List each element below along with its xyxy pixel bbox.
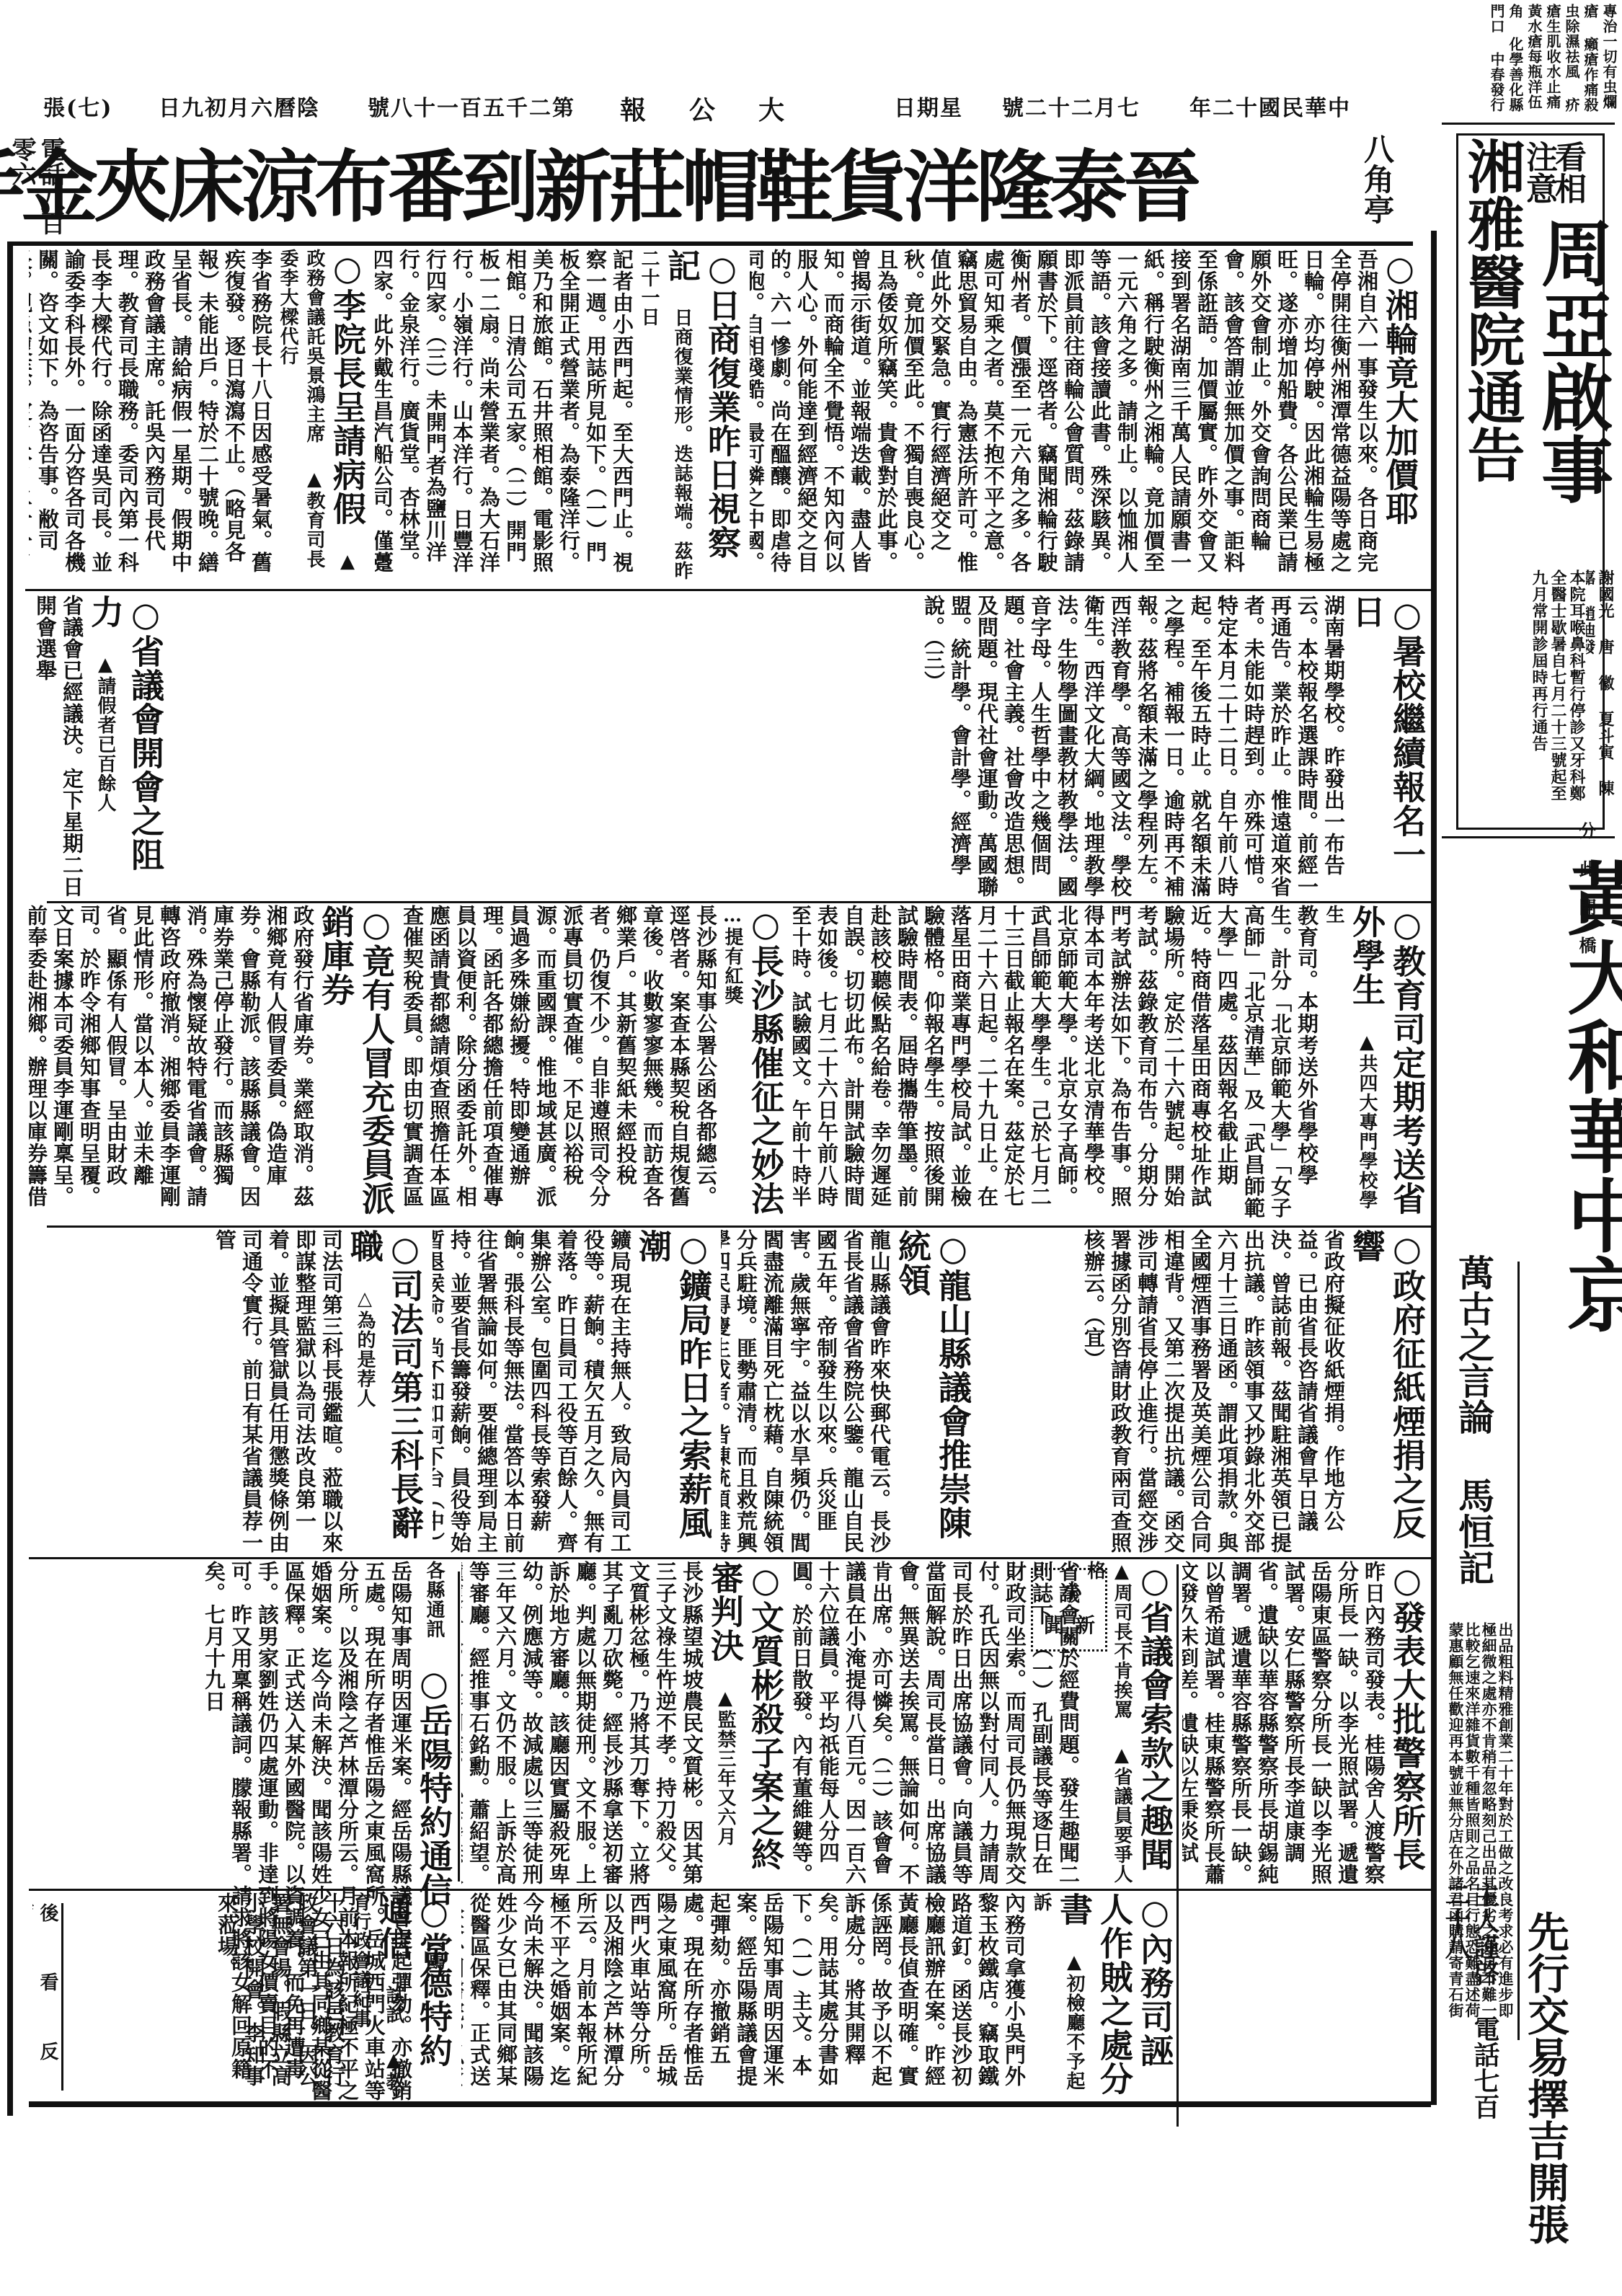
gregorian-date: 七月二十二號 bbox=[1002, 90, 1140, 122]
zhou-notice-names: 謝國光 唐 徽 夏斗寅 陳 嘉 趙迪發 bbox=[1586, 569, 1615, 815]
lunar-date: 陰曆六月初九日 bbox=[159, 90, 320, 122]
article-changde: ○常德特約通信 試試 ▲教育行政會議紀事 十六日為該邑教育行政會議第一日。因公署… bbox=[65, 1892, 454, 2098]
paper-name: 大公報 bbox=[620, 90, 828, 127]
article-headline: ○李院長呈請病假 bbox=[328, 249, 367, 526]
zhou-notice-title: 周亞啟事 bbox=[1535, 216, 1608, 505]
zhou-notice-body: 本院耳喉鼻科暫行停診又牙科鄭全醫士歇暑自七月二十三號起至九月常開診屆時再行通告 bbox=[1463, 569, 1586, 815]
article-body: 省政府擬征收紙煙捐。作地方公益。已由省長咨請省議會早日議決。曾誌前報。茲聞駐湘英… bbox=[1080, 1229, 1347, 1553]
article-jingcha: ○發表大批警察所長 昨日內務司發表。桂陽舍人渡警察分所長一缺。以李光照試署。遞遺… bbox=[1182, 1561, 1427, 1885]
article-body: 省議會已經議決。定下星期二日開會選舉 bbox=[32, 595, 85, 897]
corner-ad-rule bbox=[1442, 123, 1615, 125]
article-shengyihui: ○省議會開會之阻力 ▲請假者已百餘人 省議會已經議決。定下星期二日開會選舉 bbox=[29, 595, 166, 897]
left-frame-rule bbox=[7, 241, 13, 2116]
masthead-strip: (七)張 陰曆六月初九日 第二千五百一十八號 大公報 星期日 七月二十二號 中華… bbox=[43, 90, 1427, 133]
article-subhead: △為的是荐人 bbox=[354, 1288, 376, 1408]
issue-number: 第二千五百一十八號 bbox=[368, 90, 575, 122]
article-body: 教育司。本期考送外省學校學生。計分「北京師範大學」「女子高師」「北京清華」及「武… bbox=[793, 905, 1320, 1222]
article-body: 湖南暑期學校。昨發出一布告云。本校報名選課時間。前經一再通告。業於昨止。惟遠道來… bbox=[920, 595, 1347, 897]
corner-label: 八角亭 bbox=[1355, 133, 1399, 241]
article-sifasi: ○司法司第三科長辭職 △為的是荐人 司法司第三科長張鑑暄。蒞職以來即謀整理監獄以… bbox=[29, 1229, 425, 1553]
republic-year: 中華民國十二年 bbox=[1189, 90, 1351, 122]
tier-rule-4 bbox=[29, 1557, 1431, 1559]
article-zhiyan: ○政府征紙煙捐之反響 省政府擬征收紙煙捐。作地方公益。已由省長咨請省議會早日議決… bbox=[980, 1229, 1427, 1553]
article-body: 長沙縣望城坡農民文質彬。因其第三子文祿生忤逆不孝。持刀殺父。文質彬忿極。乃將其刀… bbox=[461, 1561, 705, 1885]
article-headline: ○鑛局昨日之索薪風潮 bbox=[634, 1229, 713, 1540]
article-shuxiao: ○暑校繼續報名一日 湖南暑期學校。昨發出一布告云。本校報名選課時間。前經一再通告… bbox=[173, 595, 1427, 897]
article-headline: ○省議會索款之趣聞 bbox=[1135, 1561, 1174, 1871]
footer-divider bbox=[61, 1903, 63, 2091]
shop-ad-divider bbox=[1517, 1262, 1520, 2040]
article-body: 十六日為該邑教育行政會議第一日。因公署無會場。假縣立高小學校開會。李知事來蒞場。 bbox=[213, 1892, 347, 2098]
shop-title: 黃大和華中京 bbox=[1543, 858, 1622, 1795]
yuyang-divider bbox=[458, 1572, 460, 1881]
article-headline: ○常德特約通信 bbox=[374, 1892, 453, 2067]
article-body: 鑛局現在主持無人。致局內員司工役等。薪餉。積欠五月之久。無有着落。昨日員司工役等… bbox=[433, 1229, 633, 1553]
banner-ad-text: 晉泰隆洋貨鞋帽莊新到番布涼床夾金手表織花男女緞鞋特別減價 bbox=[72, 133, 1197, 241]
article-headline: ○竟有人冒充委員派銷庫券 bbox=[316, 905, 396, 1215]
article-body: 岳陽知事周明因運米案。經岳陽縣議會提起彈劾。亦撤銷五處。現在所存者惟岳陽之東風窩… bbox=[461, 1892, 786, 2098]
article-body: 省議會關於經費問題。發生趣聞二則誌下。（一）孔副議長等逐日在財政司坐索。而周司長… bbox=[793, 1561, 1081, 1885]
article-jiaoyusi: ○教育司定期考送省外學生 ▲共四大專門學校學生 教育司。本期考送外省學校學生。計… bbox=[793, 905, 1427, 1222]
shop-owner-note: 主人謹啓 電話七百二十八 bbox=[1442, 1881, 1499, 2134]
article-body: 內務司拿獲小吳門外黎玉枚鐵店。竊取鐵路道釘。函送長沙初檢廳訊辦在案。昨經黃廳長偵… bbox=[793, 1892, 1027, 2098]
hospital-notice-title: 湘雅醫院通告 bbox=[1460, 137, 1523, 483]
article-body: 記者由小西門起。至大西門止。視察一週。用誌所見如下。（一）門板全開正式營業者。為… bbox=[375, 249, 635, 584]
article-maochong: ○竟有人冒充委員派銷庫券 政府發行省庫券。業經取消。茲湘鄉竟有人假冒委員。偽造庫… bbox=[29, 905, 396, 1222]
article-xianglun: ○湘輪竟大加價耶 吾湘自六一事發生以來。各日商完全停開往衡州湘潭常德益陽等處之日… bbox=[750, 249, 1420, 584]
zhou-notice-small-heading-2: 注意 bbox=[1521, 141, 1556, 204]
article-headline: ○長沙縣催征之妙法 bbox=[746, 905, 785, 1215]
article-subhead: ▲請假者已百餘人 bbox=[94, 654, 116, 812]
page-marker: (七)張 bbox=[43, 90, 112, 122]
shop-small-label: 分 此 開 橋 bbox=[1572, 822, 1600, 954]
article-body: 政府發行省庫券。業經取消。茲湘鄉竟有人假冒委員。偽造庫券。會縣勒派。該縣縣議會。… bbox=[29, 905, 316, 1222]
article-body: 龍山縣議會昨來快郵代電云。長沙省長省議會省務院公鑒。龍山自民國五年。帝制發生以來… bbox=[721, 1229, 892, 1553]
bottom-rule bbox=[29, 2101, 1431, 2107]
right-column-rule bbox=[1431, 231, 1437, 2105]
series-label: 各縣通訊 bbox=[423, 1561, 445, 1639]
article-changsha: ○長沙縣催征之妙法 …提有紅獎 長沙縣知事公署公函各都總云。逕啓者。案查本縣契稅… bbox=[404, 905, 786, 1222]
article-neiwusi: ○內務司誣人作賊之處分書 ▲初檢廳不予起訴 內務司拿獲小吳門外黎玉枚鐵店。竊取鐵… bbox=[793, 1892, 1175, 2098]
article-subhead: …提有紅獎 bbox=[722, 905, 743, 1005]
article-body: 長沙縣知事公署公函各都總云。逕啓者。案查本縣契稅自規復舊章後。收數寥寥無幾。而訪… bbox=[404, 905, 719, 1222]
article-subhead: ▲周司長不肯挨罵 bbox=[1111, 1561, 1133, 1719]
article-headline: ○發表大批警察所長 bbox=[1388, 1561, 1427, 1871]
article-headline: ○暑校繼續報名一日 bbox=[1347, 595, 1427, 872]
banner-ad: 電話八百零六 晉泰隆洋貨鞋帽莊新到番布涼床夾金手表織花男女緞鞋特別減價 八角亭 bbox=[0, 133, 1406, 241]
tier-rule-2 bbox=[47, 901, 1431, 903]
article-body: 司法司第三科長張鑑暄。蒞職以來即謀整理監獄以為司法改良第一着。並擬具管獄員任用懲… bbox=[211, 1229, 345, 1553]
article-body: 吾湘自六一事發生以來。各日商完全停開往衡州湘潭常德益陽等處之日輪。亦均停駛。因此… bbox=[750, 249, 1380, 584]
article-body: 昨日內務司發表。桂陽舍人渡警察分所長一缺。以李光照試署。遞遺岳陽東區警察分所長一… bbox=[1182, 1561, 1387, 1885]
tier-rule-1 bbox=[25, 589, 1431, 591]
article-headline: ○政府征紙煙捐之反響 bbox=[1347, 1229, 1427, 1540]
article-headline: ○龍山縣議會推崇陳統領 bbox=[893, 1229, 972, 1540]
article-longshan: ○龍山縣議會推崇陳統領 龍山縣議會昨來快郵代電云。長沙省長省議會省務院公鑒。龍山… bbox=[721, 1229, 973, 1553]
article-headline: ○湘輪竟大加價耶 bbox=[1381, 249, 1419, 526]
article-tag: 試試 bbox=[383, 1985, 404, 2024]
footer-note: 後 看 反 面 bbox=[32, 1903, 60, 2091]
weekday: 星期日 bbox=[894, 90, 963, 122]
shop-tagline: 先行交易擇吉開張 bbox=[1521, 1910, 1569, 2245]
article-yuyang-continued: 岳陽知事周明因運米案。經岳陽縣議會提起彈劾。亦撤銷五處。現在所存者惟岳陽之東風窩… bbox=[461, 1892, 786, 2098]
tier-rule-3 bbox=[47, 1225, 1431, 1228]
corner-medicine-ad: 專治一切有虫爛瘡 癩瘡作痛殺虫除濕祛風 疥瘡生肌收水止痛 黃水瘡每瓶洋伍角 化學… bbox=[1435, 4, 1618, 123]
article-liyuan: ○李院長呈請病假 ▲政務會議託吳景鴻主席 ▲教育司長委李大樑代行 李省務院長十八… bbox=[29, 249, 368, 584]
article-kuangju: ○鑛局昨日之索薪風潮 鑛局現在主持無人。致局內員司工役等。薪餉。積欠五月之久。無… bbox=[433, 1229, 714, 1553]
article-body: 李省務院長十八日因感受暑氣。舊疾復發。逐日瀉瀉不止。（略見各報）未能出戶。特於二… bbox=[29, 249, 274, 584]
article-xiaoxinwen: ○省議會索款之趣聞 ▲周司長不肯挨罵 ▲省議員要爭人格 省議會關於經費問題。發生… bbox=[793, 1561, 1175, 1885]
jingcha-divider bbox=[1176, 1564, 1179, 2127]
article-subhead: ▲監禁三年又六月 bbox=[714, 1688, 736, 1846]
article-wenzhibin: ○文質彬殺子案之終審判決 ▲監禁三年又六月 長沙縣望城坡農民文質彬。因其第三子文… bbox=[461, 1561, 786, 1885]
banner-rule bbox=[7, 241, 1413, 246]
article-subhead: 日商復業情形。迭誌報端。茲昨二十一日 bbox=[638, 249, 693, 580]
article-headline: ○岳陽特約通信 bbox=[415, 1664, 453, 1907]
article-rishang: ○日商復業昨日視察記 日商復業情形。迭誌報端。茲昨二十一日 記者由小西門起。至大… bbox=[375, 249, 743, 584]
